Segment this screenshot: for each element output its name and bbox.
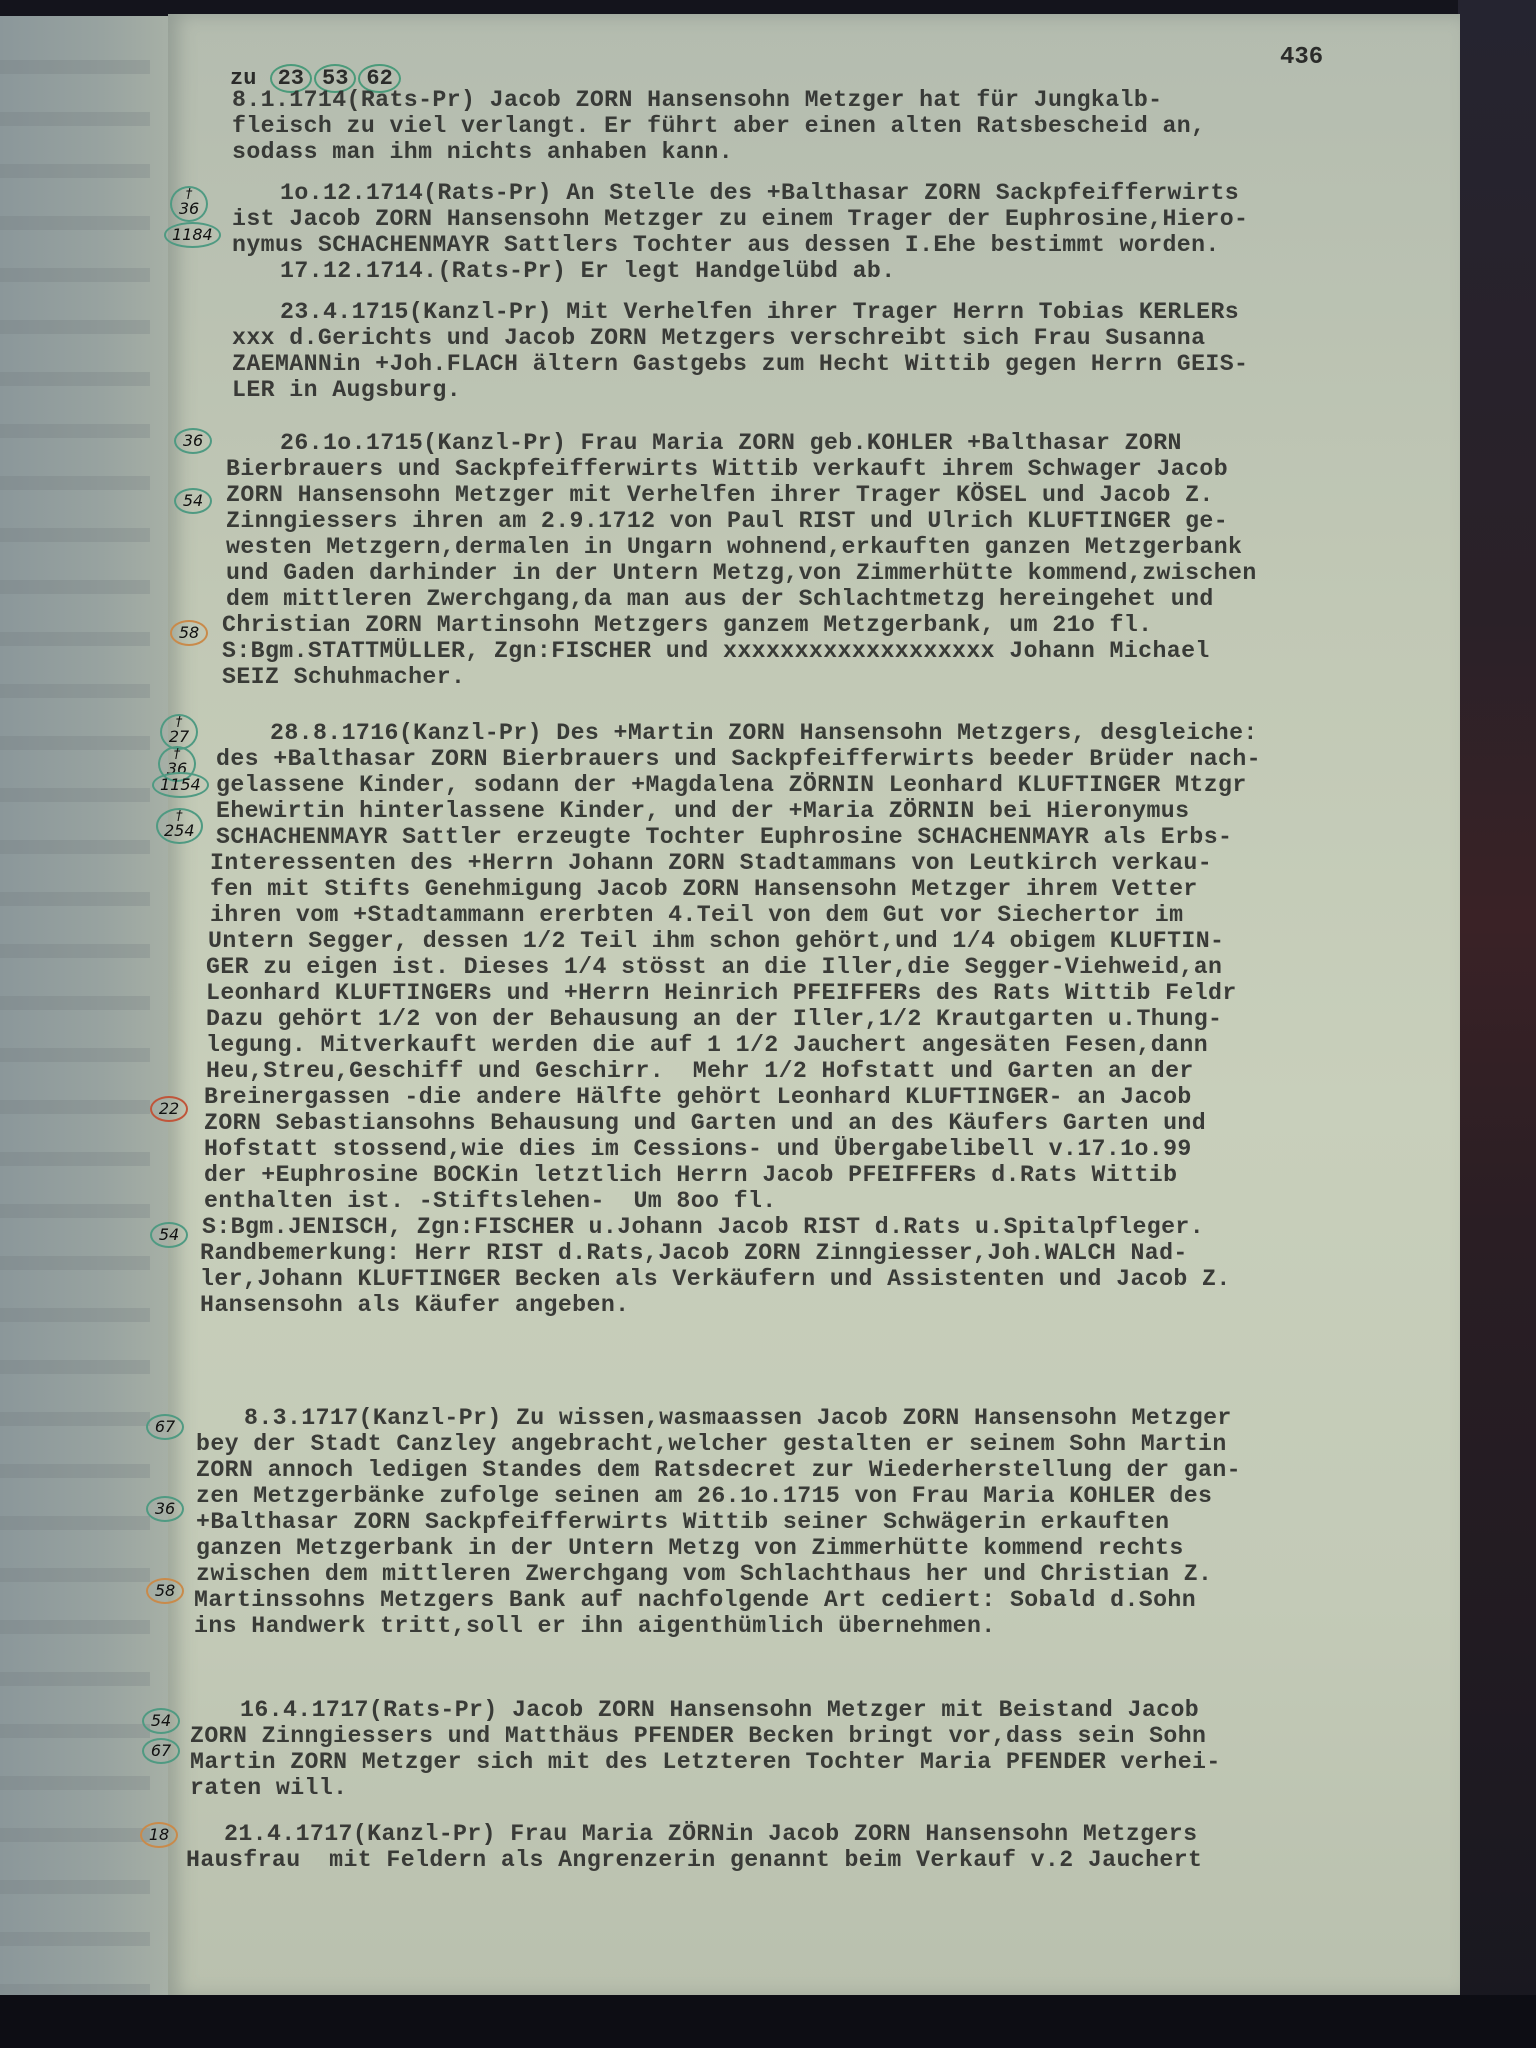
- text-line: SEIZ Schuhmacher.: [222, 664, 465, 690]
- text-line: zwischen dem mittleren Zwerchgang vom Sc…: [196, 1561, 1212, 1587]
- margin-note-number: 54: [151, 1711, 171, 1730]
- ghost-text-line: [0, 840, 150, 854]
- ghost-text-line: [0, 1048, 150, 1062]
- text-line: nymus SCHACHENMAYR Sattlers Tochter aus …: [232, 232, 1220, 258]
- ghost-text-line: [0, 1152, 150, 1166]
- text-line: fen mit Stifts Genehmigung Jacob ZORN Ha…: [210, 876, 1198, 902]
- text-line: Hausfrau mit Feldern als Angrenzerin gen…: [186, 1847, 1202, 1873]
- margin-note-number: 36: [155, 1499, 175, 1518]
- ghost-text-line: [0, 1568, 150, 1582]
- margin-reference-note: 58: [170, 620, 208, 646]
- ghost-text-line: [0, 1100, 150, 1114]
- text-line: S:Bgm.STATTMÜLLER, Zgn:FISCHER und xxxxx…: [222, 638, 1210, 664]
- ghost-text-line: [0, 1516, 150, 1530]
- text-line: LER in Augsburg.: [232, 377, 461, 403]
- ghost-text-line: [0, 372, 150, 386]
- margin-reference-note: 1154: [152, 772, 209, 798]
- text-line: sodass man ihm nichts anhaben kann.: [232, 139, 733, 165]
- margin-note-number: 36: [179, 199, 199, 218]
- margin-note-number: 67: [155, 1417, 175, 1436]
- ghost-text-line: [0, 1256, 150, 1270]
- ghost-text-line: [0, 112, 150, 126]
- ghost-text-line: [0, 320, 150, 334]
- text-line: Dazu gehört 1/2 von der Behausung an der…: [206, 1006, 1222, 1032]
- margin-note-number: 1184: [172, 225, 213, 244]
- ghost-text-line: [0, 1828, 150, 1842]
- text-line: SCHACHENMAYR Sattler erzeugte Tochter Eu…: [216, 824, 1232, 850]
- margin-reference-note: 54: [150, 1222, 188, 1248]
- margin-reference-note: †254: [156, 808, 203, 844]
- ghost-text-line: [0, 1932, 150, 1946]
- ghost-text-line: [0, 1672, 150, 1686]
- margin-reference-note: †36: [170, 186, 208, 222]
- text-line: Randbemerkung: Herr RIST d.Rats,Jacob ZO…: [200, 1240, 1188, 1266]
- ghost-text-line: [0, 1880, 150, 1894]
- text-line: 8.1.1714(Rats-Pr) Jacob ZORN Hansensohn …: [232, 87, 1162, 113]
- text-line: gelassene Kinder, sodann der +Magdalena …: [216, 772, 1247, 798]
- text-line: 17.12.1714.(Rats-Pr) Er legt Handgelübd …: [280, 258, 896, 284]
- margin-reference-note: 18: [140, 1822, 178, 1848]
- margin-reference-note: 58: [146, 1578, 184, 1604]
- ghost-text-line: [0, 424, 150, 438]
- margin-note-number: 22: [159, 1099, 179, 1118]
- ghost-text-line: [0, 268, 150, 282]
- text-line: 23.4.1715(Kanzl-Pr) Mit Verhelfen ihrer …: [280, 299, 1239, 325]
- ghost-text-line: [0, 476, 150, 490]
- margin-note-number: 18: [149, 1825, 169, 1844]
- ghost-text-line: [0, 788, 150, 802]
- margin-note-number: 67: [151, 1741, 171, 1760]
- text-line: ZORN annoch ledigen Standes dem Ratsdecr…: [196, 1457, 1241, 1483]
- bottom-dark-border: [0, 1995, 1536, 2048]
- ghost-text-line: [0, 1620, 150, 1634]
- text-line: 8.3.1717(Kanzl-Pr) Zu wissen,wasmaassen …: [244, 1405, 1232, 1431]
- text-line: legung. Mitverkauft werden die auf 1 1/2…: [206, 1032, 1208, 1058]
- ghost-text-line: [0, 944, 150, 958]
- ghost-text-line: [0, 684, 150, 698]
- ghost-text-line: [0, 892, 150, 906]
- ghost-text-line: [0, 632, 150, 646]
- text-line: des +Balthasar ZORN Bierbrauers und Sack…: [216, 746, 1261, 772]
- text-line: fleisch zu viel verlangt. Er führt aber …: [232, 113, 1205, 139]
- ghost-text-line: [0, 996, 150, 1010]
- ghost-text-line: [0, 1724, 150, 1738]
- margin-reference-note: 1184: [164, 222, 221, 248]
- text-line: Heu,Streu,Geschiff und Geschirr. Mehr 1/…: [206, 1058, 1194, 1084]
- text-line: ZAEMANNin +Joh.FLACH ältern Gastgebs zum…: [232, 351, 1248, 377]
- ghost-text-line: [0, 528, 150, 542]
- text-line: 16.4.1717(Rats-Pr) Jacob ZORN Hansensohn…: [240, 1697, 1199, 1723]
- margin-note-number: 58: [155, 1581, 175, 1600]
- text-line: Hansensohn als Käufer angeben.: [200, 1292, 629, 1318]
- text-line: Martin ZORN Metzger sich mit des Letzter…: [190, 1749, 1221, 1775]
- margin-reference-note: †27: [160, 714, 198, 750]
- text-line: ZORN Zinngiessers und Matthäus PFENDER B…: [190, 1723, 1206, 1749]
- text-line: Leonhard KLUFTINGERs und +Herrn Heinrich…: [206, 980, 1237, 1006]
- text-line: und Gaden darhinder in der Untern Metzg,…: [226, 560, 1257, 586]
- margin-reference-note: 22: [150, 1096, 188, 1122]
- text-line: 28.8.1716(Kanzl-Pr) Des +Martin ZORN Han…: [270, 720, 1258, 746]
- margin-note-number: 54: [183, 491, 203, 510]
- text-line: Ehewirtin hinterlassene Kinder, und der …: [216, 798, 1189, 824]
- text-line: zen Metzgerbänke zufolge seinen am 26.1o…: [196, 1483, 1212, 1509]
- ghost-text-line: [0, 1412, 150, 1426]
- ghost-text-line: [0, 1204, 150, 1218]
- margin-note-number: 36: [183, 431, 203, 450]
- margin-reference-note: 67: [142, 1738, 180, 1764]
- text-line: der +Euphrosine BOCKin letztlich Herrn J…: [204, 1162, 1177, 1188]
- margin-note-number: 54: [159, 1225, 179, 1244]
- text-line: Breinergassen -die andere Hälfte gehört …: [204, 1084, 1192, 1110]
- margin-note-number: 254: [164, 821, 195, 840]
- margin-note-number: 1154: [160, 775, 201, 794]
- ghost-text-line: [0, 1464, 150, 1478]
- ghost-text-line: [0, 1776, 150, 1790]
- ghost-text-line: [0, 736, 150, 750]
- text-line: ZORN Sebastiansohns Behausung und Garten…: [204, 1110, 1206, 1136]
- text-line: enthalten ist. -Stiftslehen- Um 8oo fl.: [204, 1188, 777, 1214]
- text-line: ihren vom +Stadtammann ererbten 4.Teil v…: [210, 902, 1183, 928]
- margin-reference-note: 67: [146, 1414, 184, 1440]
- text-line: bey der Stadt Canzley angebracht,welcher…: [196, 1431, 1227, 1457]
- text-line: 21.4.1717(Kanzl-Pr) Frau Maria ZÖRNin Ja…: [224, 1821, 1197, 1847]
- text-line: ganzen Metzgerbank in der Untern Metzg v…: [196, 1535, 1184, 1561]
- margin-reference-note: 36: [174, 428, 212, 454]
- adjacent-left-page: [0, 0, 170, 2048]
- text-line: +Balthasar ZORN Sackpfeifferwirts Wittib…: [196, 1509, 1169, 1535]
- text-line: ist Jacob ZORN Hansensohn Metzger zu ein…: [232, 206, 1248, 232]
- margin-note-number: 58: [179, 623, 199, 642]
- ghost-text-line: [0, 60, 150, 74]
- ghost-text-line: [0, 1360, 150, 1374]
- text-line: S:Bgm.JENISCH, Zgn:FISCHER u.Johann Jaco…: [202, 1214, 1204, 1240]
- text-line: Martinssohns Metzgers Bank auf nachfolge…: [194, 1587, 1196, 1613]
- page-number: 436: [1280, 44, 1323, 71]
- text-line: ins Handwerk tritt,soll er ihn aigenthüm…: [194, 1613, 996, 1639]
- margin-reference-note: 54: [142, 1708, 180, 1734]
- text-line: dem mittleren Zwerchgang,da man aus der …: [226, 586, 1214, 612]
- ghost-text-line: [0, 164, 150, 178]
- margin-reference-note: 54: [174, 488, 212, 514]
- text-line: ZORN Hansensohn Metzger mit Verhelfen ih…: [226, 482, 1214, 508]
- text-line: raten will.: [190, 1775, 347, 1801]
- text-line: Christian ZORN Martinsohn Metzgers ganze…: [222, 612, 1152, 638]
- right-background-strip: [1458, 0, 1536, 2048]
- margin-reference-note: 36: [146, 1496, 184, 1522]
- text-line: Interessenten des +Herrn Johann ZORN Sta…: [210, 850, 1212, 876]
- text-line: westen Metzgern,dermalen in Ungarn wohne…: [226, 534, 1242, 560]
- ghost-text-line: [0, 1308, 150, 1322]
- text-line: GER zu eigen ist. Dieses 1/4 stösst an d…: [206, 954, 1222, 980]
- margin-note-number: 27: [169, 727, 189, 746]
- text-line: Untern Segger, dessen 1/2 Teil ihm schon…: [208, 928, 1224, 954]
- text-line: Zinngiessers ihren am 2.9.1712 von Paul …: [226, 508, 1228, 534]
- text-line: ler,Johann KLUFTINGER Becken als Verkäuf…: [200, 1266, 1231, 1292]
- text-line: 26.1o.1715(Kanzl-Pr) Frau Maria ZORN geb…: [280, 430, 1182, 456]
- ghost-text-line: [0, 580, 150, 594]
- ghost-text-line: [0, 216, 150, 230]
- text-line: 1o.12.1714(Rats-Pr) An Stelle des +Balth…: [280, 180, 1239, 206]
- text-line: Hofstatt stossend,wie dies im Cessions- …: [204, 1136, 1192, 1162]
- text-line: xxx d.Gerichts und Jacob ZORN Metzgers v…: [232, 325, 1205, 351]
- text-line: Bierbrauers und Sackpfeifferwirts Wittib…: [226, 456, 1228, 482]
